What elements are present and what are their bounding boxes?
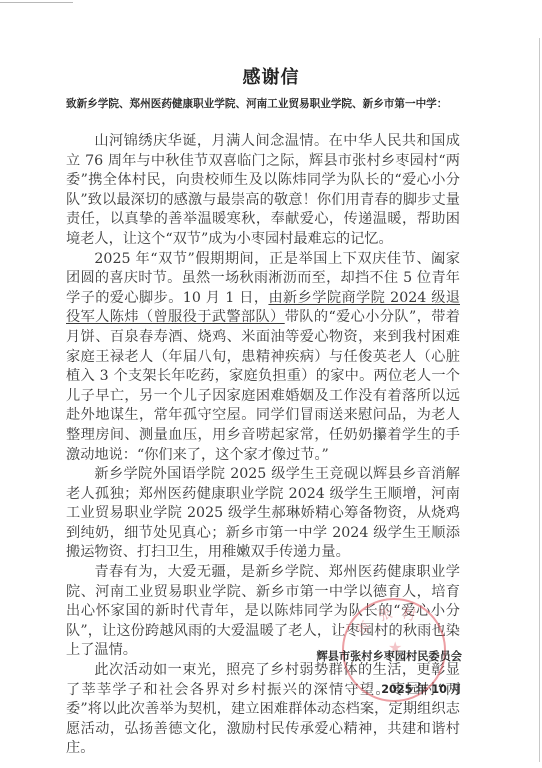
paragraph-2-rest: 带队的“爱心小分队”，带着月饼、百泉春寿酒、烧鸡、米面油等爱心物资，来到我村困难… [66, 309, 460, 462]
paragraph-2: 2025 年“双节”假期期间，正是举国上下双庆佳节、阖家团圆的喜庆时节。虽然一场… [66, 250, 460, 466]
letter-title: 感谢信 [0, 63, 542, 89]
paragraph-1: 山河锦绣庆华诞，月满人间念温情。在中华人民共和国成立 76 周年与中秋佳节双喜临… [66, 132, 460, 250]
seal-char-1: 市 [351, 616, 375, 640]
seal-char-2: 张 [375, 602, 394, 625]
letter-salutation: 致新乡学院、郑州医药健康职业学院、河南工业贸易职业学院、新乡市第一中学： [66, 96, 496, 111]
letter-signature: 辉县市张村乡枣园村民委员会 [317, 648, 462, 664]
paragraph-3: 新乡学院外国语学院 2025 级学生王竞砚以辉县乡音消解老人孤独；郑州医药健康职… [66, 465, 460, 563]
seal-char-3: 村 [400, 603, 419, 626]
scan-edge-right [539, 38, 540, 762]
letter-date: 2025 年 10 月 [381, 681, 462, 697]
scan-edge-top [0, 2, 73, 3]
